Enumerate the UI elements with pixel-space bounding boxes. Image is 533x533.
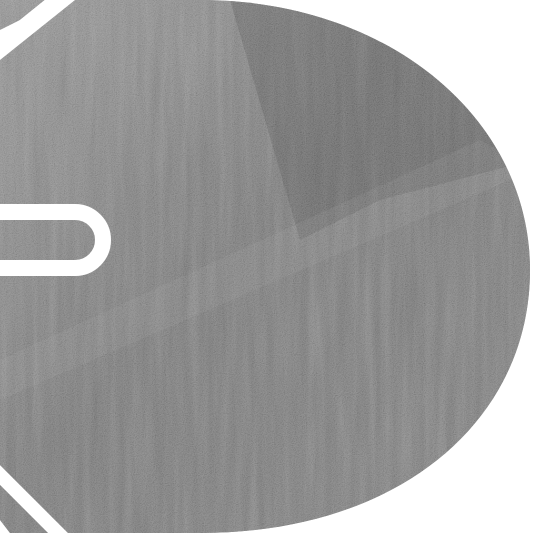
halftone-d-shape [0, 0, 533, 533]
